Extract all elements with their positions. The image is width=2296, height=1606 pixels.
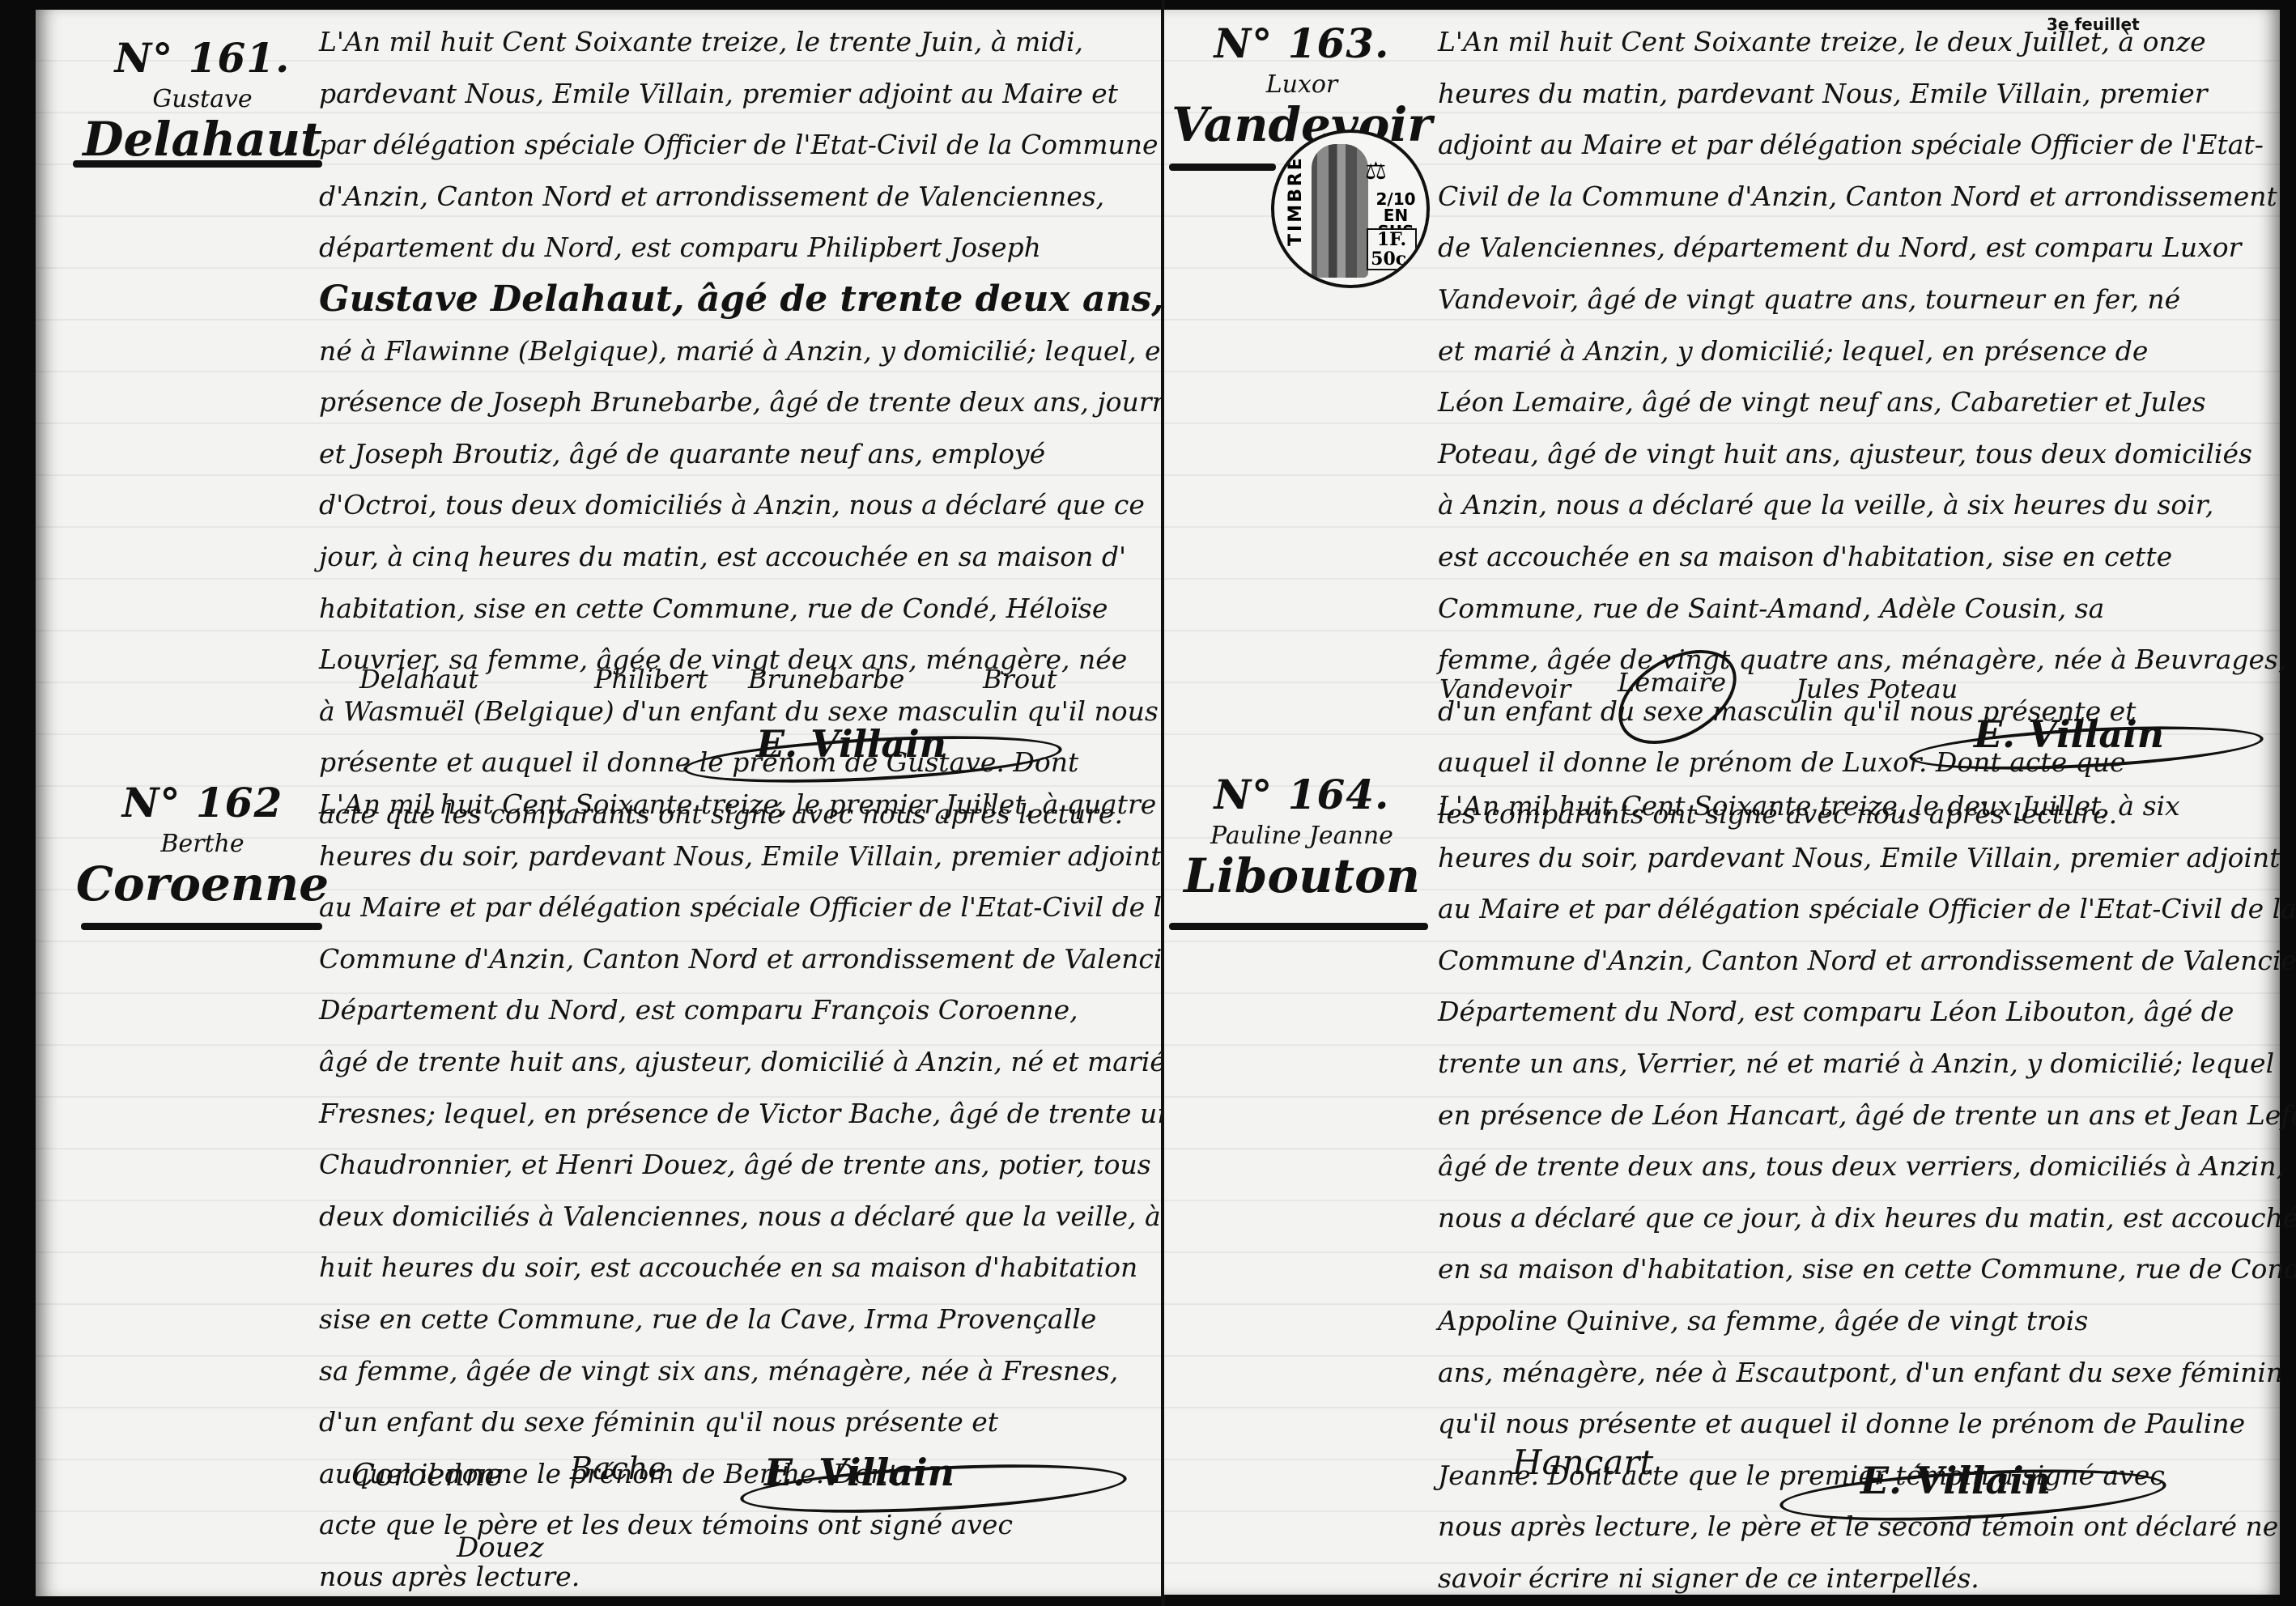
margin-rule bbox=[81, 923, 322, 930]
margin-entry-162: N° 162 Berthe Coroenne bbox=[60, 779, 345, 910]
entry-number: N° 164. bbox=[1164, 771, 1439, 818]
text-line: est accouchée en sa maison d'habitation,… bbox=[1438, 531, 2286, 583]
margin-rule bbox=[1169, 164, 1276, 171]
text-line: heures du soir, pardevant Nous, Emile Vi… bbox=[1438, 832, 2296, 884]
register-page-right: 3e feuillet N° 163. Luxor Vandevoir TIMB… bbox=[1164, 10, 2280, 1595]
text-line: en sa maison d'habitation, sise en cette… bbox=[1438, 1243, 2296, 1295]
entry-given-name: Luxor bbox=[1164, 70, 1439, 99]
text-line: L'An mil huit Cent Soixante treize, le d… bbox=[1438, 780, 2296, 832]
stamp-price-francs: 1F. bbox=[1368, 230, 1415, 249]
text-line: âgé de trente huit ans, ajusteur, domici… bbox=[319, 1036, 1250, 1088]
text-line: à Anzin, nous a déclaré que la veille, à… bbox=[1438, 479, 2286, 531]
margin-entry-163: N° 163. Luxor Vandevoir bbox=[1164, 19, 1439, 151]
entry-number: N° 163. bbox=[1164, 19, 1439, 67]
text-line: savoir écrire ni signer de ce interpellé… bbox=[1438, 1553, 2296, 1604]
entry-surname: Delahaut bbox=[60, 113, 345, 165]
text-line: d'un enfant du sexe féminin qu'il nous p… bbox=[319, 1396, 1250, 1448]
entry-given-name: Gustave bbox=[60, 85, 345, 113]
text-line: Civil de la Commune d'Anzin, Canton Nord… bbox=[1438, 171, 2286, 223]
text-line: nous a déclaré que ce jour, à dix heures… bbox=[1438, 1192, 2296, 1244]
signature: Vandevoir bbox=[1439, 673, 1571, 704]
stamp-price-centimes: 50c. bbox=[1368, 249, 1415, 269]
text-line: et marié à Anzin, y domicilié; lequel, e… bbox=[1438, 325, 2286, 377]
tax-stamp: TIMBRE ⚖ 2/10 EN SUS 1F. 50c. bbox=[1271, 130, 1430, 288]
text-line: heures du soir, pardevant Nous, Emile Vi… bbox=[319, 831, 1250, 882]
text-line: Commune d'Anzin, Canton Nord et arrondis… bbox=[1438, 935, 2296, 987]
text-line: de Valenciennes, département du Nord, es… bbox=[1438, 222, 2286, 274]
text-line: Département du Nord, est comparu Françoi… bbox=[319, 984, 1250, 1036]
text-line: Commune d'Anzin, Canton Nord et arrondis… bbox=[319, 933, 1250, 985]
scales-icon: ⚖ bbox=[1365, 157, 1387, 185]
text-line: Poteau, âgé de vingt huit ans, ajusteur,… bbox=[1438, 428, 2286, 480]
text-line: âgé de trente deux ans, tous deux verrie… bbox=[1438, 1141, 2296, 1192]
entry-given-name: Berthe bbox=[60, 830, 345, 858]
signature: Coroenne bbox=[351, 1457, 503, 1493]
register-page-left: N° 161. Gustave Delahaut L'An mil huit C… bbox=[36, 10, 1161, 1596]
signature: Bache bbox=[570, 1451, 666, 1486]
margin-entry-161: N° 161. Gustave Delahaut bbox=[60, 34, 345, 165]
text-line: Département du Nord, est comparu Léon Li… bbox=[1438, 986, 2296, 1038]
text-line: L'An mil huit Cent Soixante treize, le d… bbox=[1438, 16, 2286, 68]
text-line: Vandevoir, âgé de vingt quatre ans, tour… bbox=[1438, 274, 2286, 325]
text-line: Appoline Quinive, sa femme, âgée de ving… bbox=[1438, 1295, 2296, 1347]
signature: Douez bbox=[457, 1532, 544, 1564]
text-line: deux domiciliés à Valenciennes, nous a d… bbox=[319, 1191, 1250, 1243]
text-line: Commune, rue de Saint-Amand, Adèle Cousi… bbox=[1438, 583, 2286, 635]
text-line: sise en cette Commune, rue de la Cave, I… bbox=[319, 1294, 1250, 1345]
text-line: sa femme, âgée de vingt six ans, ménagèr… bbox=[319, 1345, 1250, 1397]
margin-entry-164: N° 164. Pauline Jeanne Libouton bbox=[1164, 771, 1439, 902]
text-line: huit heures du soir, est accouchée en sa… bbox=[319, 1242, 1250, 1294]
margin-rule bbox=[73, 160, 322, 168]
text-line: en présence de Léon Hancart, âgé de tren… bbox=[1438, 1090, 2296, 1141]
text-line: heures du matin, pardevant Nous, Emile V… bbox=[1438, 68, 2286, 120]
entry-number: N° 161. bbox=[60, 34, 345, 82]
text-line: au Maire et par délégation spéciale Offi… bbox=[1438, 883, 2296, 935]
text-line: Fresnes; lequel, en présence de Victor B… bbox=[319, 1088, 1250, 1140]
entry-given-name: Pauline Jeanne bbox=[1164, 822, 1439, 850]
justice-figure-icon bbox=[1312, 144, 1368, 278]
text-line: Léon Lemaire, âgé de vingt neuf ans, Cab… bbox=[1438, 376, 2286, 428]
text-line: trente un ans, Verrier, né et marié à An… bbox=[1438, 1038, 2296, 1090]
stamp-tax-fraction: 2/10 bbox=[1365, 191, 1426, 207]
entry-surname: Vandevoir bbox=[1164, 99, 1439, 151]
signature: Delahaut bbox=[359, 664, 478, 695]
stamp-label: TIMBRE bbox=[1286, 155, 1306, 246]
entry-surname: Libouton bbox=[1164, 850, 1439, 902]
text-line: L'An mil huit Cent Soixante treize, le p… bbox=[319, 779, 1250, 831]
signature: Hancart bbox=[1512, 1442, 1653, 1482]
signature: Jules Poteau bbox=[1796, 673, 1958, 704]
entry-number: N° 162 bbox=[60, 779, 345, 826]
signature: Brout bbox=[983, 664, 1057, 695]
signature: Philibert bbox=[594, 664, 708, 695]
margin-rule bbox=[1169, 923, 1428, 930]
stamp-price: 1F. 50c. bbox=[1367, 228, 1417, 270]
signature: Brunebarbe bbox=[748, 664, 904, 695]
text-line: au Maire et par délégation spéciale Offi… bbox=[319, 882, 1250, 933]
text-line: Chaudronnier, et Henri Douez, âgé de tre… bbox=[319, 1139, 1250, 1191]
text-line: ans, ménagère, née à Escautpont, d'un en… bbox=[1438, 1347, 2296, 1399]
entry-surname: Coroenne bbox=[60, 858, 345, 910]
text-line: adjoint au Maire et par délégation spéci… bbox=[1438, 119, 2286, 171]
